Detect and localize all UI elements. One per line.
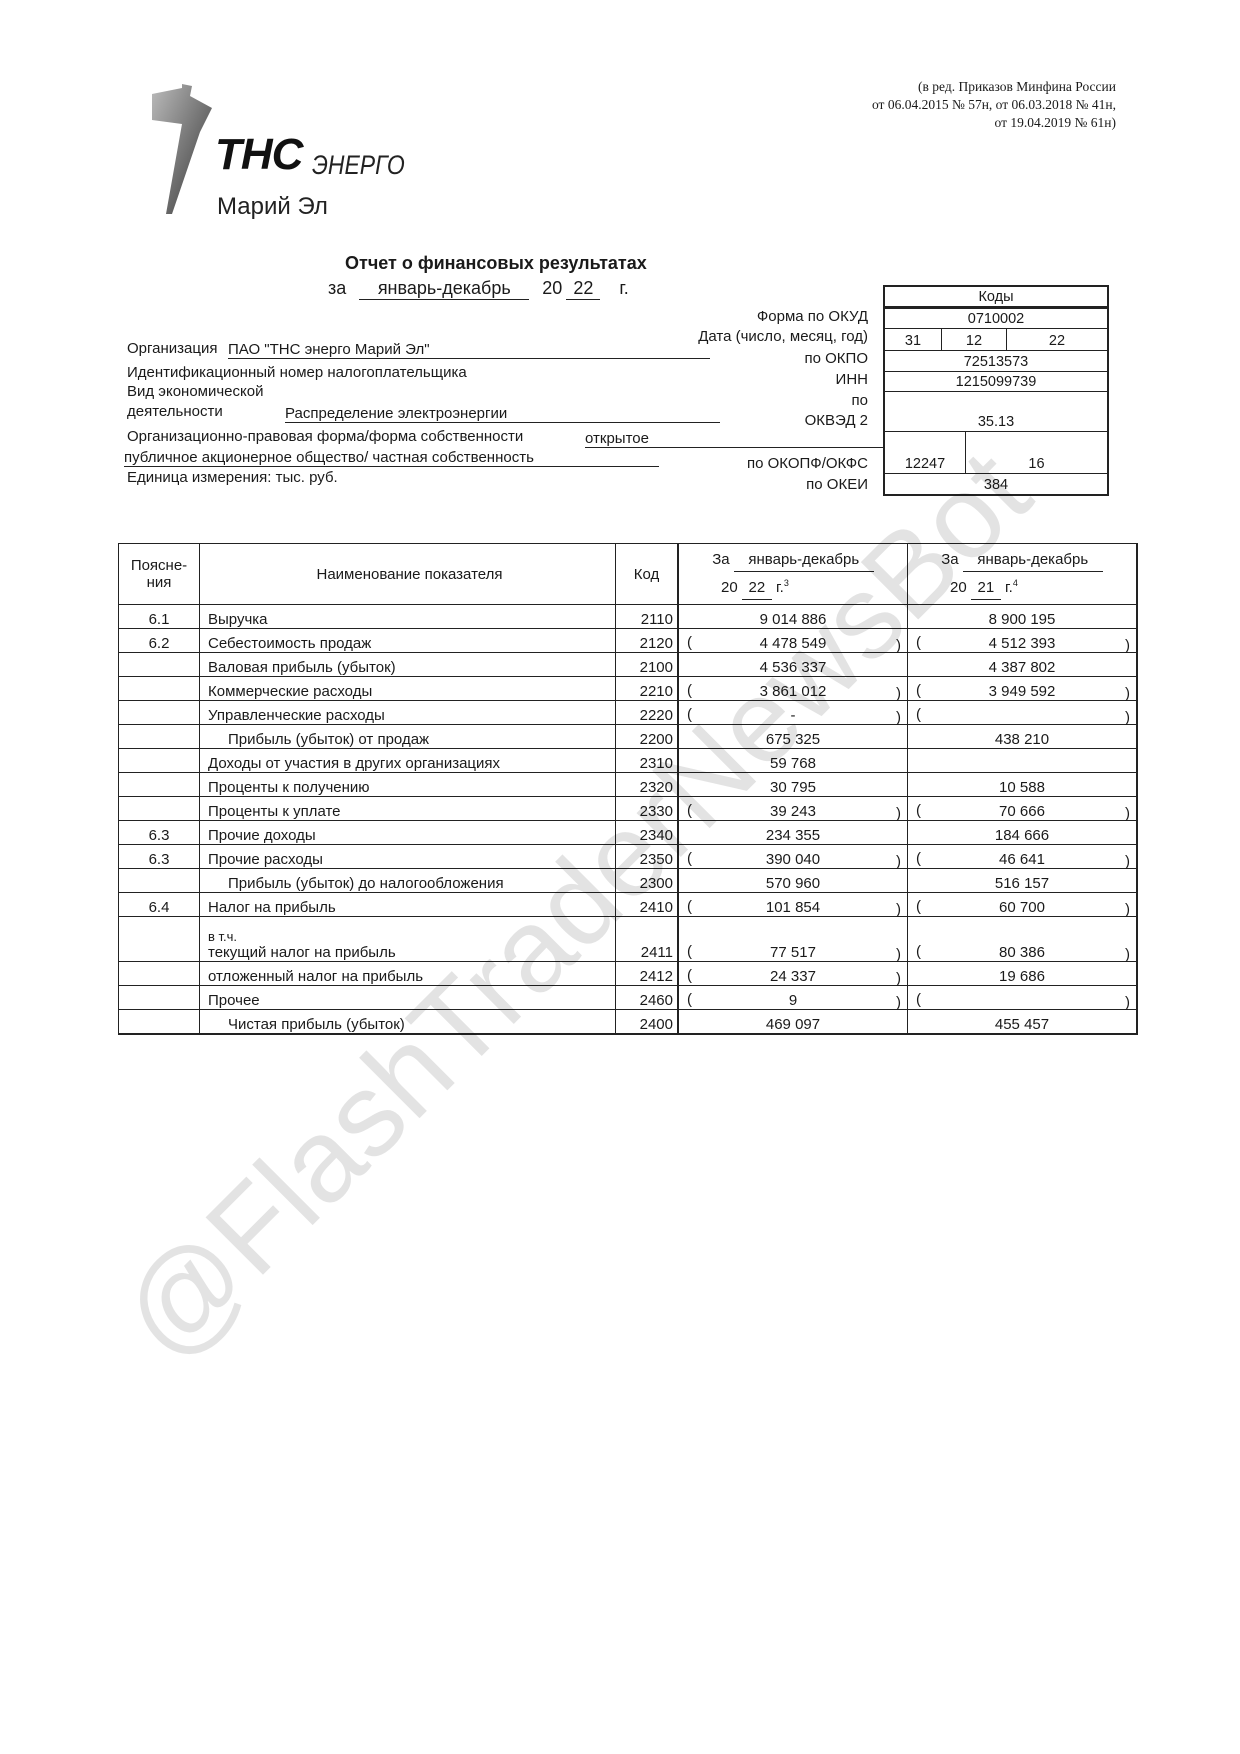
value: 9 <box>789 992 797 1009</box>
col-header-name: Наименование показателя <box>200 544 616 605</box>
logo-region: Марий Эл <box>217 193 328 221</box>
value-cell-current: 675 325 <box>678 725 908 749</box>
paren-open: ( <box>916 802 921 819</box>
value: 39 243 <box>770 803 816 820</box>
note-line: от 19.04.2019 № 61н) <box>872 114 1116 132</box>
row-code: 2330 <box>616 797 679 821</box>
value: 59 768 <box>770 755 816 772</box>
row-name: Коммерческие расходы <box>208 683 372 700</box>
okud-label: Форма по ОКУД <box>757 308 868 325</box>
legal-form-value-1: открытое <box>585 430 885 448</box>
paren-open: ( <box>916 898 921 915</box>
value-cell-previous: () <box>908 986 1138 1010</box>
table-row: 6.3Прочие доходы2340234 355184 666 <box>119 821 1138 845</box>
row-name-cell: Прибыль (убыток) до налогообложения <box>200 869 616 893</box>
paren-close: ) <box>896 970 901 987</box>
organization-value: ПАО "ТНС энерго Марий Эл" <box>228 341 710 359</box>
table-row: 6.3Прочие расходы2350(390 040)(46 641) <box>119 845 1138 869</box>
table-row: 6.1Выручка21109 014 8868 900 195 <box>119 605 1138 629</box>
value: 9 014 886 <box>760 611 827 628</box>
paren-open: ( <box>687 682 692 699</box>
okved-value: 35.13 <box>885 392 1107 431</box>
value-cell-previous: (80 386) <box>908 917 1138 962</box>
value-cell-previous: 455 457 <box>908 1010 1138 1035</box>
value: 10 588 <box>999 779 1045 796</box>
organization-label: Организация <box>127 340 217 357</box>
okpo-label: по ОКПО <box>805 350 869 367</box>
paren-open: ( <box>687 802 692 819</box>
value-cell-previous: 516 157 <box>908 869 1138 893</box>
paren-close: ) <box>1125 637 1130 654</box>
paren-open: ( <box>916 991 921 1008</box>
paren-open: ( <box>687 706 692 723</box>
table-row: в т.ч.текущий налог на прибыль2411(77 51… <box>119 917 1138 962</box>
paren-close: ) <box>1125 994 1130 1011</box>
value-cell-previous: (60 700) <box>908 893 1138 917</box>
period-value: январь-декабрь <box>359 278 529 300</box>
paren-close: ) <box>1125 685 1130 702</box>
table-row: 6.2Себестоимость продаж2120(4 478 549)(4… <box>119 629 1138 653</box>
row-note: 6.4 <box>119 893 200 917</box>
okopf-value: 12247 <box>885 432 965 473</box>
row-name-cell: Проценты к получению <box>200 773 616 797</box>
paren-close: ) <box>896 946 901 963</box>
okved-label-1: по <box>852 392 868 409</box>
row-code: 2210 <box>616 677 679 701</box>
row-code: 2310 <box>616 749 679 773</box>
row-note <box>119 986 200 1010</box>
okei-label: по ОКЕИ <box>806 476 868 493</box>
row-name: Выручка <box>208 611 268 628</box>
unit-label: Единица измерения: тыс. руб. <box>127 469 338 486</box>
value: 30 795 <box>770 779 816 796</box>
row-note <box>119 677 200 701</box>
value-cell-previous: 10 588 <box>908 773 1138 797</box>
year-value: 22 <box>566 278 600 300</box>
row-name-cell: отложенный налог на прибыль <box>200 962 616 986</box>
value: 675 325 <box>766 731 820 748</box>
row-name-prefix: в т.ч. <box>208 929 611 944</box>
codes-title: Коды <box>885 287 1107 306</box>
value: 390 040 <box>766 851 820 868</box>
inn-row: 1215099739 <box>885 372 1107 392</box>
col-header-current: За январь-декабрь 20 22 г.3 <box>678 544 908 605</box>
footnote-marker: 4 <box>1013 578 1018 588</box>
value: 4 478 549 <box>760 635 827 652</box>
paren-close: ) <box>896 901 901 918</box>
value-cell-current: (4 478 549) <box>678 629 908 653</box>
value: 455 457 <box>995 1016 1049 1033</box>
value-cell-current: (9) <box>678 986 908 1010</box>
row-note <box>119 725 200 749</box>
paren-open: ( <box>687 943 692 960</box>
note-line: от 06.04.2015 № 57н, от 06.03.2018 № 41н… <box>872 96 1116 114</box>
row-note: 6.1 <box>119 605 200 629</box>
header-year-prefix: 20 <box>721 579 738 596</box>
value-cell-current: 570 960 <box>678 869 908 893</box>
table-row: Прибыль (убыток) от продаж2200675 325438… <box>119 725 1138 749</box>
okpo-row: 72513573 <box>885 351 1107 372</box>
header-year: 22 <box>742 577 772 600</box>
table-row: Прочее2460(9)() <box>119 986 1138 1010</box>
table-row: Управленческие расходы2220(-)() <box>119 701 1138 725</box>
paren-open: ( <box>687 898 692 915</box>
row-code: 2220 <box>616 701 679 725</box>
value: 3 861 012 <box>760 683 827 700</box>
row-name: Прибыль (убыток) до налогообложения <box>228 875 504 892</box>
row-name: Себестоимость продаж <box>208 635 371 652</box>
date-year: 22 <box>1006 329 1107 350</box>
value: 24 337 <box>770 968 816 985</box>
value: 570 960 <box>766 875 820 892</box>
row-name: Прочие доходы <box>208 827 316 844</box>
row-code: 2100 <box>616 653 679 677</box>
row-name-cell: Валовая прибыль (убыток) <box>200 653 616 677</box>
row-note: 6.2 <box>119 629 200 653</box>
value-cell-previous <box>908 749 1138 773</box>
okved-row: 35.13 <box>885 392 1107 432</box>
table-row: Проценты к уплате2330(39 243)(70 666) <box>119 797 1138 821</box>
report-title: Отчет о финансовых результатах <box>345 253 647 274</box>
value: 4 512 393 <box>989 635 1056 652</box>
table-row: Доходы от участия в других организациях2… <box>119 749 1138 773</box>
row-note: 6.3 <box>119 845 200 869</box>
value: 516 157 <box>995 875 1049 892</box>
row-name: Проценты к уплате <box>208 803 341 820</box>
table-body: 6.1Выручка21109 014 8868 900 1956.2Себес… <box>119 605 1138 1035</box>
row-name: Налог на прибыль <box>208 899 336 916</box>
table-row: Коммерческие расходы2210(3 861 012)(3 94… <box>119 677 1138 701</box>
paren-close: ) <box>896 853 901 870</box>
header-year: 21 <box>971 577 1001 600</box>
value: 184 666 <box>995 827 1049 844</box>
okopf-row: 12247 16 <box>885 432 1107 474</box>
inn-label: Идентификационный номер налогоплательщик… <box>127 364 467 381</box>
row-note <box>119 869 200 893</box>
row-name: Прибыль (убыток) от продаж <box>228 731 429 748</box>
date-row: 31 12 22 <box>885 329 1107 351</box>
value-cell-current: (24 337) <box>678 962 908 986</box>
value: - <box>791 707 796 724</box>
paren-open: ( <box>916 850 921 867</box>
table-row: отложенный налог на прибыль2412(24 337)1… <box>119 962 1138 986</box>
row-note: 6.3 <box>119 821 200 845</box>
date-day: 31 <box>885 329 941 350</box>
row-code: 2320 <box>616 773 679 797</box>
value-cell-previous: (4 512 393) <box>908 629 1138 653</box>
paren-open: ( <box>687 967 692 984</box>
table-header-row: Поясне-ния Наименование показателя Код З… <box>119 544 1138 605</box>
row-name-cell: Чистая прибыль (убыток) <box>200 1010 616 1035</box>
table-row: Валовая прибыль (убыток)21004 536 3374 3… <box>119 653 1138 677</box>
col-header-note: Поясне-ния <box>119 544 200 605</box>
ministry-order-note: (в ред. Приказов Минфина России от 06.04… <box>872 78 1116 132</box>
value-cell-current: 9 014 886 <box>678 605 908 629</box>
value-cell-previous: (3 949 592) <box>908 677 1138 701</box>
value-cell-current: (101 854) <box>678 893 908 917</box>
value-cell-current: 59 768 <box>678 749 908 773</box>
paren-close: ) <box>896 709 901 726</box>
row-name-cell: Доходы от участия в других организациях <box>200 749 616 773</box>
paren-open: ( <box>916 706 921 723</box>
paren-close: ) <box>896 805 901 822</box>
value-cell-previous: 8 900 195 <box>908 605 1138 629</box>
table-row: Прибыль (убыток) до налогообложения23005… <box>119 869 1138 893</box>
row-name: Прочие расходы <box>208 851 323 868</box>
value: 438 210 <box>995 731 1049 748</box>
row-code: 2200 <box>616 725 679 749</box>
row-code: 2340 <box>616 821 679 845</box>
header-period: январь-декабрь <box>734 549 874 572</box>
period-prefix: за <box>328 278 346 298</box>
paren-open: ( <box>687 991 692 1008</box>
row-name: Управленческие расходы <box>208 707 385 724</box>
footnote-marker: 3 <box>784 578 789 588</box>
row-name: текущий налог на прибыль <box>208 944 396 961</box>
row-name-cell: Прибыль (убыток) от продаж <box>200 725 616 749</box>
row-code: 2460 <box>616 986 679 1010</box>
value: 80 386 <box>999 944 1045 961</box>
row-note <box>119 962 200 986</box>
header-period: январь-декабрь <box>963 549 1103 572</box>
value-cell-current: 234 355 <box>678 821 908 845</box>
financial-results-table: Поясне-ния Наименование показателя Код З… <box>118 543 1138 1035</box>
row-name: отложенный налог на прибыль <box>208 968 423 985</box>
table-row: Чистая прибыль (убыток)2400469 097455 45… <box>119 1010 1138 1035</box>
header-prefix: За <box>941 551 958 568</box>
header-year-unit: г. <box>1005 579 1013 596</box>
logo-brand: ТНС <box>215 130 302 180</box>
activity-label-1: Вид экономической <box>127 383 263 400</box>
okved-label-2: ОКВЭД 2 <box>805 412 868 429</box>
row-name-cell: Себестоимость продаж <box>200 629 616 653</box>
row-name-cell: Прочие доходы <box>200 821 616 845</box>
row-name-cell: Проценты к уплате <box>200 797 616 821</box>
header-year-prefix: 20 <box>950 579 967 596</box>
value-cell-previous: 19 686 <box>908 962 1138 986</box>
row-code: 2410 <box>616 893 679 917</box>
value-cell-current: (390 040) <box>678 845 908 869</box>
value: 4 536 337 <box>760 659 827 676</box>
value: 4 387 802 <box>989 659 1056 676</box>
paren-close: ) <box>1125 709 1130 726</box>
paren-close: ) <box>1125 805 1130 822</box>
value: 469 097 <box>766 1016 820 1033</box>
okpo-value: 72513573 <box>885 351 1107 371</box>
value: 19 686 <box>999 968 1045 985</box>
row-name-cell: Налог на прибыль <box>200 893 616 917</box>
value: 3 949 592 <box>989 683 1056 700</box>
okei-row: 384 <box>885 474 1107 494</box>
value: 60 700 <box>999 899 1045 916</box>
paren-close: ) <box>896 685 901 702</box>
value-cell-previous: () <box>908 701 1138 725</box>
row-name-cell: Прочее <box>200 986 616 1010</box>
row-code: 2400 <box>616 1010 679 1035</box>
value-cell-current: (-) <box>678 701 908 725</box>
value: 234 355 <box>766 827 820 844</box>
okfs-value: 16 <box>965 432 1107 473</box>
table-row: Проценты к получению232030 79510 588 <box>119 773 1138 797</box>
okopf-label: по ОКОПФ/ОКФС <box>747 455 868 472</box>
row-note <box>119 773 200 797</box>
row-note <box>119 749 200 773</box>
value-cell-previous: 438 210 <box>908 725 1138 749</box>
date-month: 12 <box>941 329 1006 350</box>
col-header-previous: За январь-декабрь 20 21 г.4 <box>908 544 1138 605</box>
row-note <box>119 1010 200 1035</box>
paren-open: ( <box>687 634 692 651</box>
codes-values: 0710002 31 12 22 72513573 1215099739 35.… <box>883 309 1109 496</box>
value-cell-current: 469 097 <box>678 1010 908 1035</box>
paren-close: ) <box>1125 853 1130 870</box>
paren-close: ) <box>896 994 901 1011</box>
activity-label-2: деятельности <box>127 403 223 420</box>
value-cell-previous: (70 666) <box>908 797 1138 821</box>
value-cell-current: (39 243) <box>678 797 908 821</box>
header-prefix: За <box>712 551 729 568</box>
row-code: 2350 <box>616 845 679 869</box>
okei-value: 384 <box>885 474 1107 494</box>
value: 77 517 <box>770 944 816 961</box>
legal-form-value-2: публичное акционерное общество/ частная … <box>124 449 659 467</box>
paren-open: ( <box>916 943 921 960</box>
value: 46 641 <box>999 851 1045 868</box>
row-name-cell: в т.ч.текущий налог на прибыль <box>200 917 616 962</box>
col-header-code: Код <box>616 544 679 605</box>
value-cell-current: 30 795 <box>678 773 908 797</box>
activity-value: Распределение электроэнергии <box>285 405 720 423</box>
paren-open: ( <box>687 850 692 867</box>
okud-row: 0710002 <box>885 309 1107 329</box>
value-cell-previous: 184 666 <box>908 821 1138 845</box>
value-cell-previous: (46 641) <box>908 845 1138 869</box>
value: 8 900 195 <box>989 611 1056 628</box>
row-name: Валовая прибыль (убыток) <box>208 659 396 676</box>
inn-value: 1215099739 <box>885 372 1107 391</box>
row-name-cell: Прочие расходы <box>200 845 616 869</box>
value: 101 854 <box>766 899 820 916</box>
paren-close: ) <box>896 637 901 654</box>
logo-brand-suffix: ЭНЕРГО <box>312 150 405 181</box>
company-logo-icon <box>152 84 212 214</box>
year-prefix: 20 <box>542 278 562 298</box>
value: 70 666 <box>999 803 1045 820</box>
codes-title-row: Коды <box>883 285 1109 309</box>
paren-close: ) <box>1125 946 1130 963</box>
row-name-cell: Выручка <box>200 605 616 629</box>
okud-value: 0710002 <box>885 309 1107 328</box>
row-code: 2120 <box>616 629 679 653</box>
row-name: Чистая прибыль (убыток) <box>228 1016 405 1033</box>
row-code: 2300 <box>616 869 679 893</box>
paren-open: ( <box>916 634 921 651</box>
row-name-cell: Управленческие расходы <box>200 701 616 725</box>
report-period: за январь-декабрь 2022 г. <box>328 278 629 300</box>
legal-form-label: Организационно-правовая форма/форма собс… <box>127 428 523 445</box>
paren-open: ( <box>916 682 921 699</box>
note-line: (в ред. Приказов Минфина России <box>872 78 1116 96</box>
row-name-cell: Коммерческие расходы <box>200 677 616 701</box>
inn-code-label: ИНН <box>836 371 868 388</box>
value-cell-previous: 4 387 802 <box>908 653 1138 677</box>
header-year-unit: г. <box>776 579 784 596</box>
value-cell-current: 4 536 337 <box>678 653 908 677</box>
row-name: Прочее <box>208 992 260 1009</box>
row-code: 2412 <box>616 962 679 986</box>
value-cell-current: (3 861 012) <box>678 677 908 701</box>
row-note <box>119 917 200 962</box>
year-unit: г. <box>619 278 628 298</box>
codes-box: Коды 0710002 31 12 22 72513573 121509973… <box>883 285 1109 496</box>
row-note <box>119 797 200 821</box>
row-name: Проценты к получению <box>208 779 370 796</box>
paren-close: ) <box>1125 901 1130 918</box>
row-code: 2411 <box>616 917 679 962</box>
row-name: Доходы от участия в других организациях <box>208 755 500 772</box>
table-row: 6.4Налог на прибыль2410(101 854)(60 700) <box>119 893 1138 917</box>
row-code: 2110 <box>616 605 679 629</box>
row-note <box>119 701 200 725</box>
date-label: Дата (число, месяц, год) <box>698 328 868 345</box>
row-note <box>119 653 200 677</box>
value-cell-current: (77 517) <box>678 917 908 962</box>
